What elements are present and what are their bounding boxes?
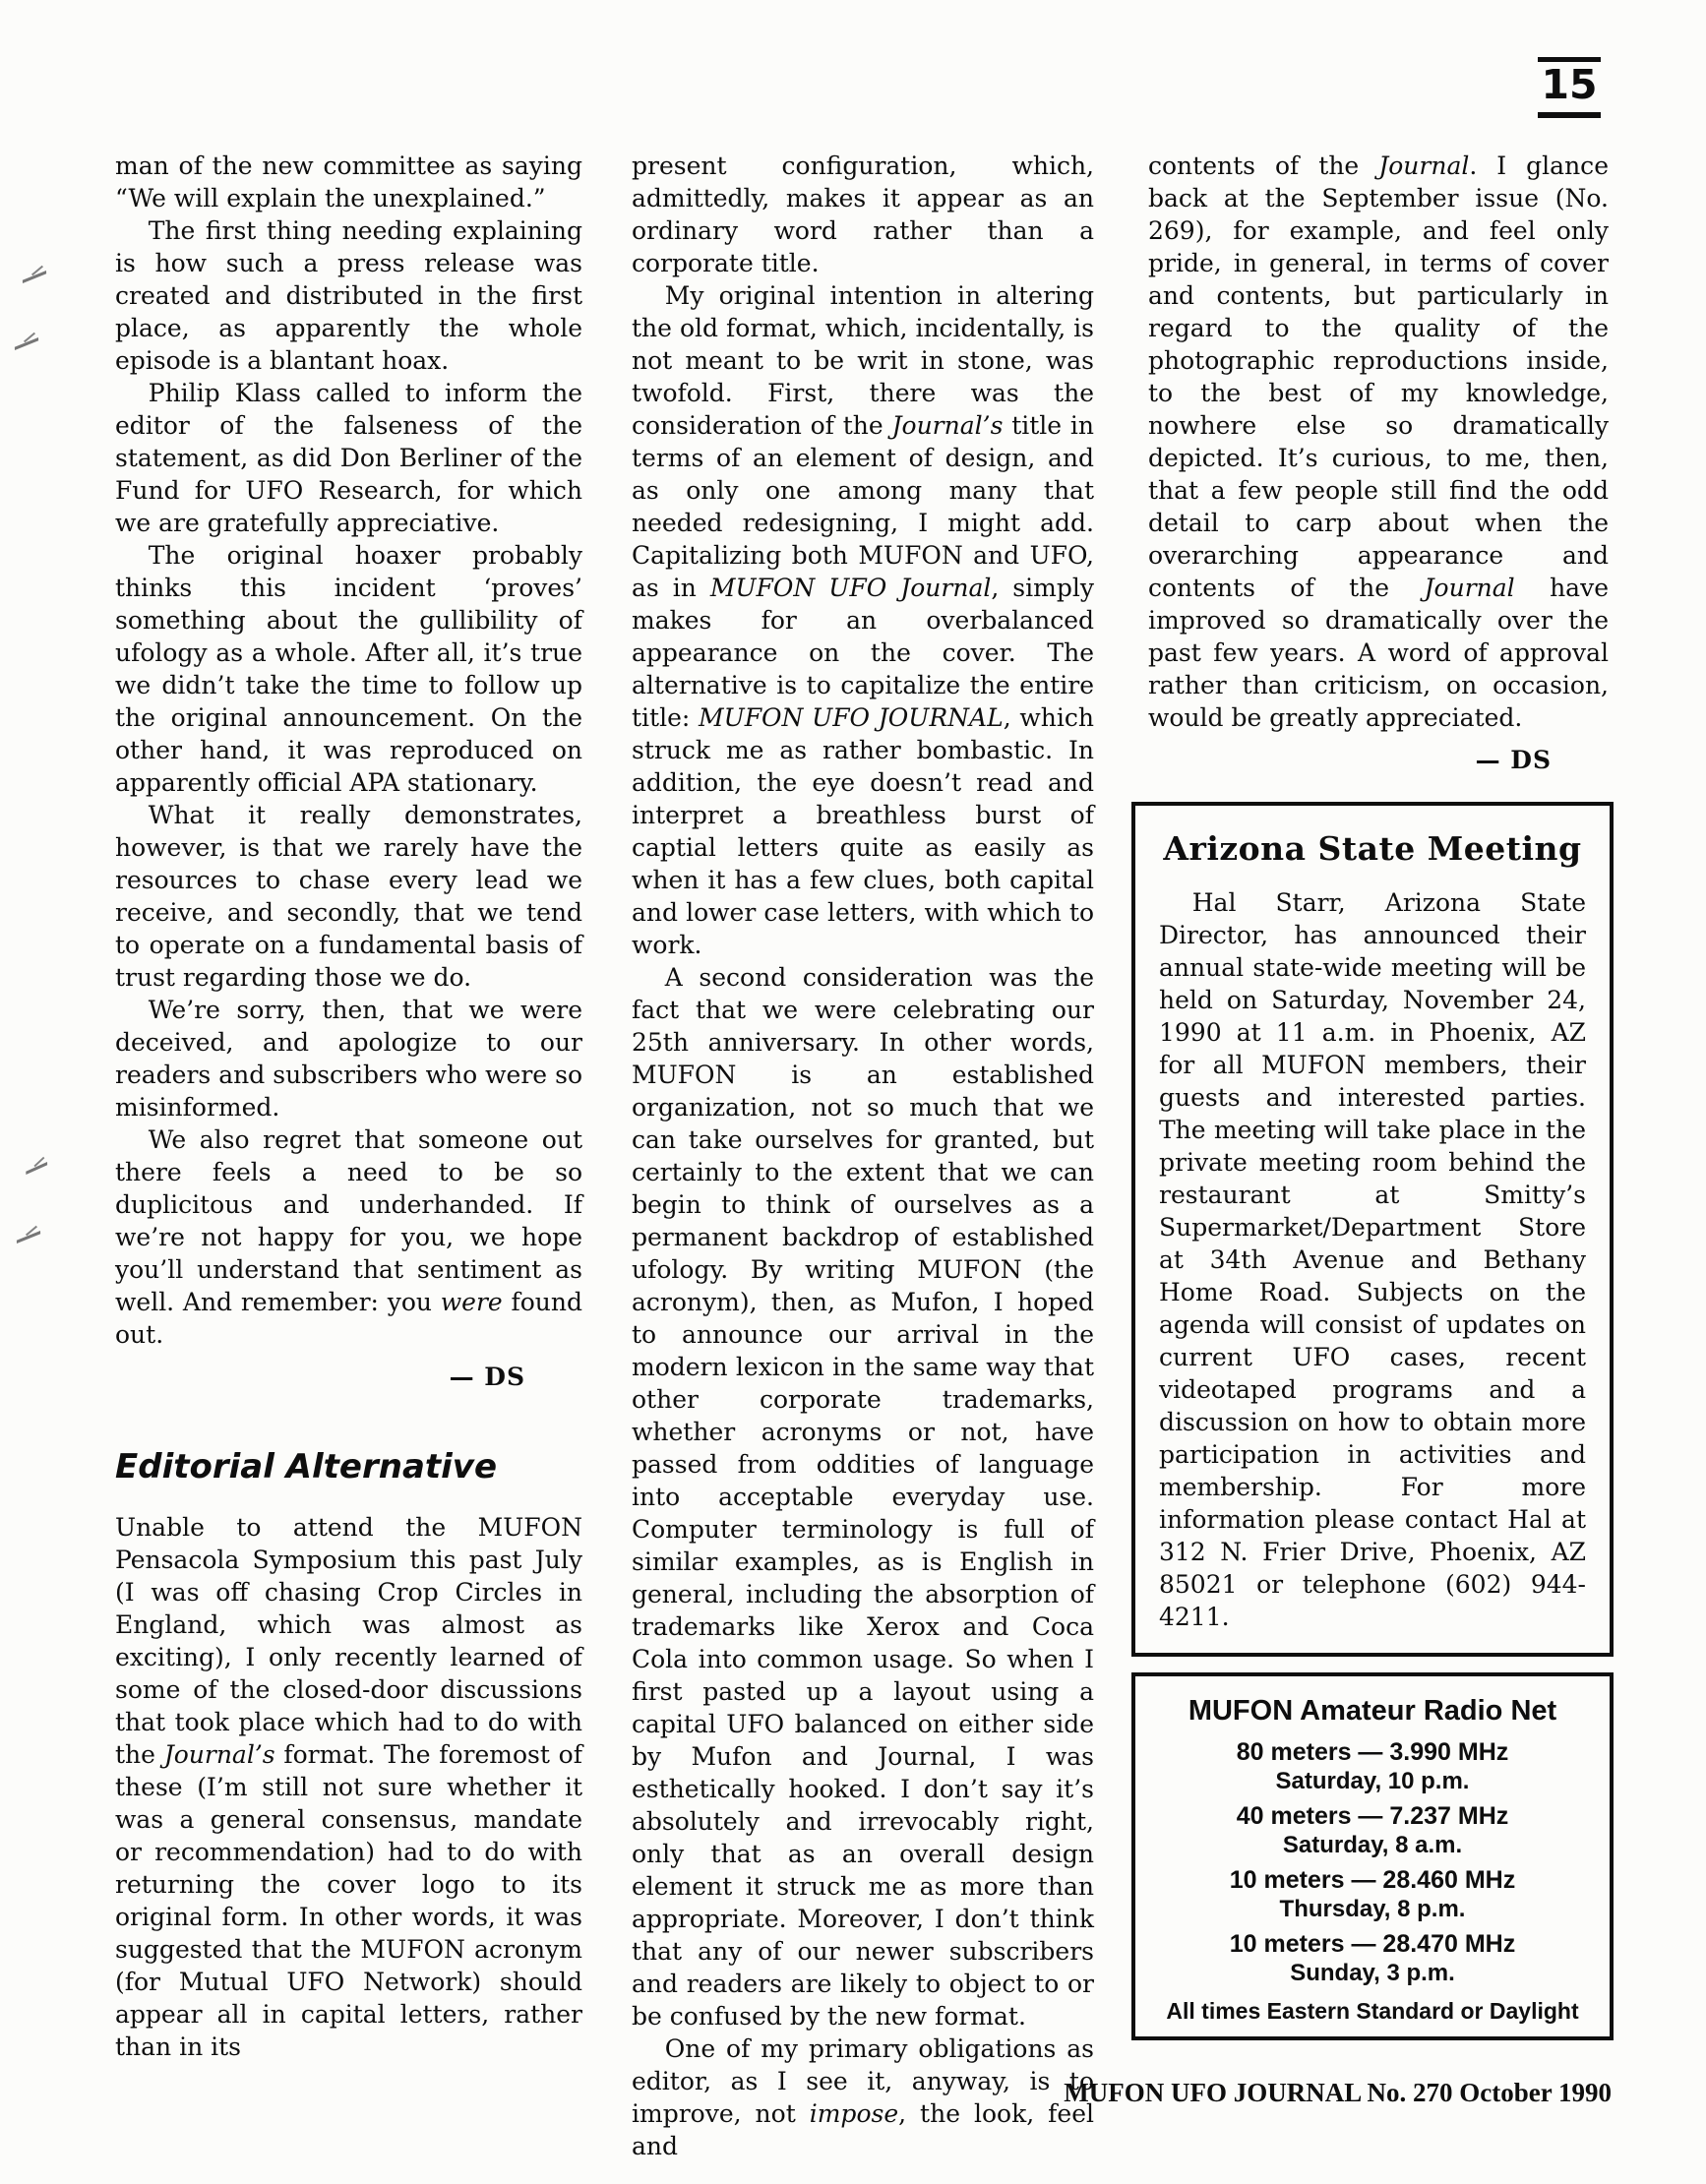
paragraph: One of my primary obligations as editor,… (632, 2032, 1094, 2162)
paragraph: present configuration, which, admittedly… (632, 150, 1094, 279)
paragraph: contents of the Journal. I glance back a… (1148, 150, 1609, 734)
radio-net-box: MUFON Amateur Radio Net 80 meters — 3.99… (1131, 1672, 1614, 2040)
radio-entry: 80 meters — 3.990 MHz Saturday, 10 p.m. (1153, 1737, 1592, 1795)
radio-band: 40 meters — 7.237 MHz (1153, 1801, 1592, 1831)
column-right: contents of the Journal. I glance back a… (1148, 150, 1609, 776)
radio-entry: 10 meters — 28.470 MHz Sunday, 3 p.m. (1153, 1929, 1592, 1987)
signoff-ds: — DS (115, 1361, 582, 1393)
margin-mark (26, 1161, 52, 1175)
radio-time: Saturday, 8 a.m. (1153, 1831, 1592, 1859)
column-middle: present configuration, which, admittedly… (632, 150, 1094, 2162)
paragraph: What it really demonstrates, however, is… (115, 799, 582, 994)
radio-time: Thursday, 8 p.m. (1153, 1895, 1592, 1923)
margin-mark (14, 336, 43, 350)
paragraph: man of the new committee as saying “We w… (115, 150, 582, 214)
footer-journal-line: MUFON UFO JOURNAL No. 270 October 1990 (1064, 2078, 1612, 2108)
radio-net-title: MUFON Amateur Radio Net (1153, 1694, 1592, 1728)
editorial-alternative-heading: Editorial Alternative (115, 1448, 582, 1486)
radio-band: 80 meters — 3.990 MHz (1153, 1737, 1592, 1767)
radio-band: 10 meters — 28.470 MHz (1153, 1929, 1592, 1959)
radio-time: Sunday, 3 p.m. (1153, 1959, 1592, 1987)
signoff-ds: — DS (1148, 744, 1609, 776)
page-number-value: 15 (1541, 61, 1597, 108)
paragraph: Unable to attend the MUFON Pensacola Sym… (115, 1511, 582, 2063)
radio-time: Saturday, 10 p.m. (1153, 1767, 1592, 1795)
margin-mark (16, 1230, 45, 1244)
margin-mark (22, 270, 51, 283)
paragraph: The original hoaxer probably thinks this… (115, 539, 582, 799)
paragraph: A second consideration was the fact that… (632, 961, 1094, 2032)
paragraph: We’re sorry, then, that we were deceived… (115, 994, 582, 1123)
arizona-meeting-body: Hal Starr, Arizona State Director, has a… (1159, 886, 1586, 1633)
paragraph: The first thing needing explaining is ho… (115, 214, 582, 377)
arizona-meeting-box: Arizona State Meeting Hal Starr, Arizona… (1131, 802, 1614, 1657)
magazine-page: 15 man of the new committee as saying “W… (0, 0, 1706, 2184)
arizona-meeting-title: Arizona State Meeting (1159, 829, 1586, 869)
paragraph: My original intention in altering the ol… (632, 279, 1094, 961)
column-left: man of the new committee as saying “We w… (115, 150, 582, 2063)
radio-entry: 10 meters — 28.460 MHz Thursday, 8 p.m. (1153, 1865, 1592, 1923)
radio-note: All times Eastern Standard or Daylight (1153, 1997, 1592, 2025)
paragraph: Philip Klass called to inform the editor… (115, 377, 582, 539)
page-number: 15 (1538, 57, 1601, 118)
radio-band: 10 meters — 28.460 MHz (1153, 1865, 1592, 1895)
paragraph: We also regret that someone out there fe… (115, 1123, 582, 1351)
radio-entry: 40 meters — 7.237 MHz Saturday, 8 a.m. (1153, 1801, 1592, 1859)
